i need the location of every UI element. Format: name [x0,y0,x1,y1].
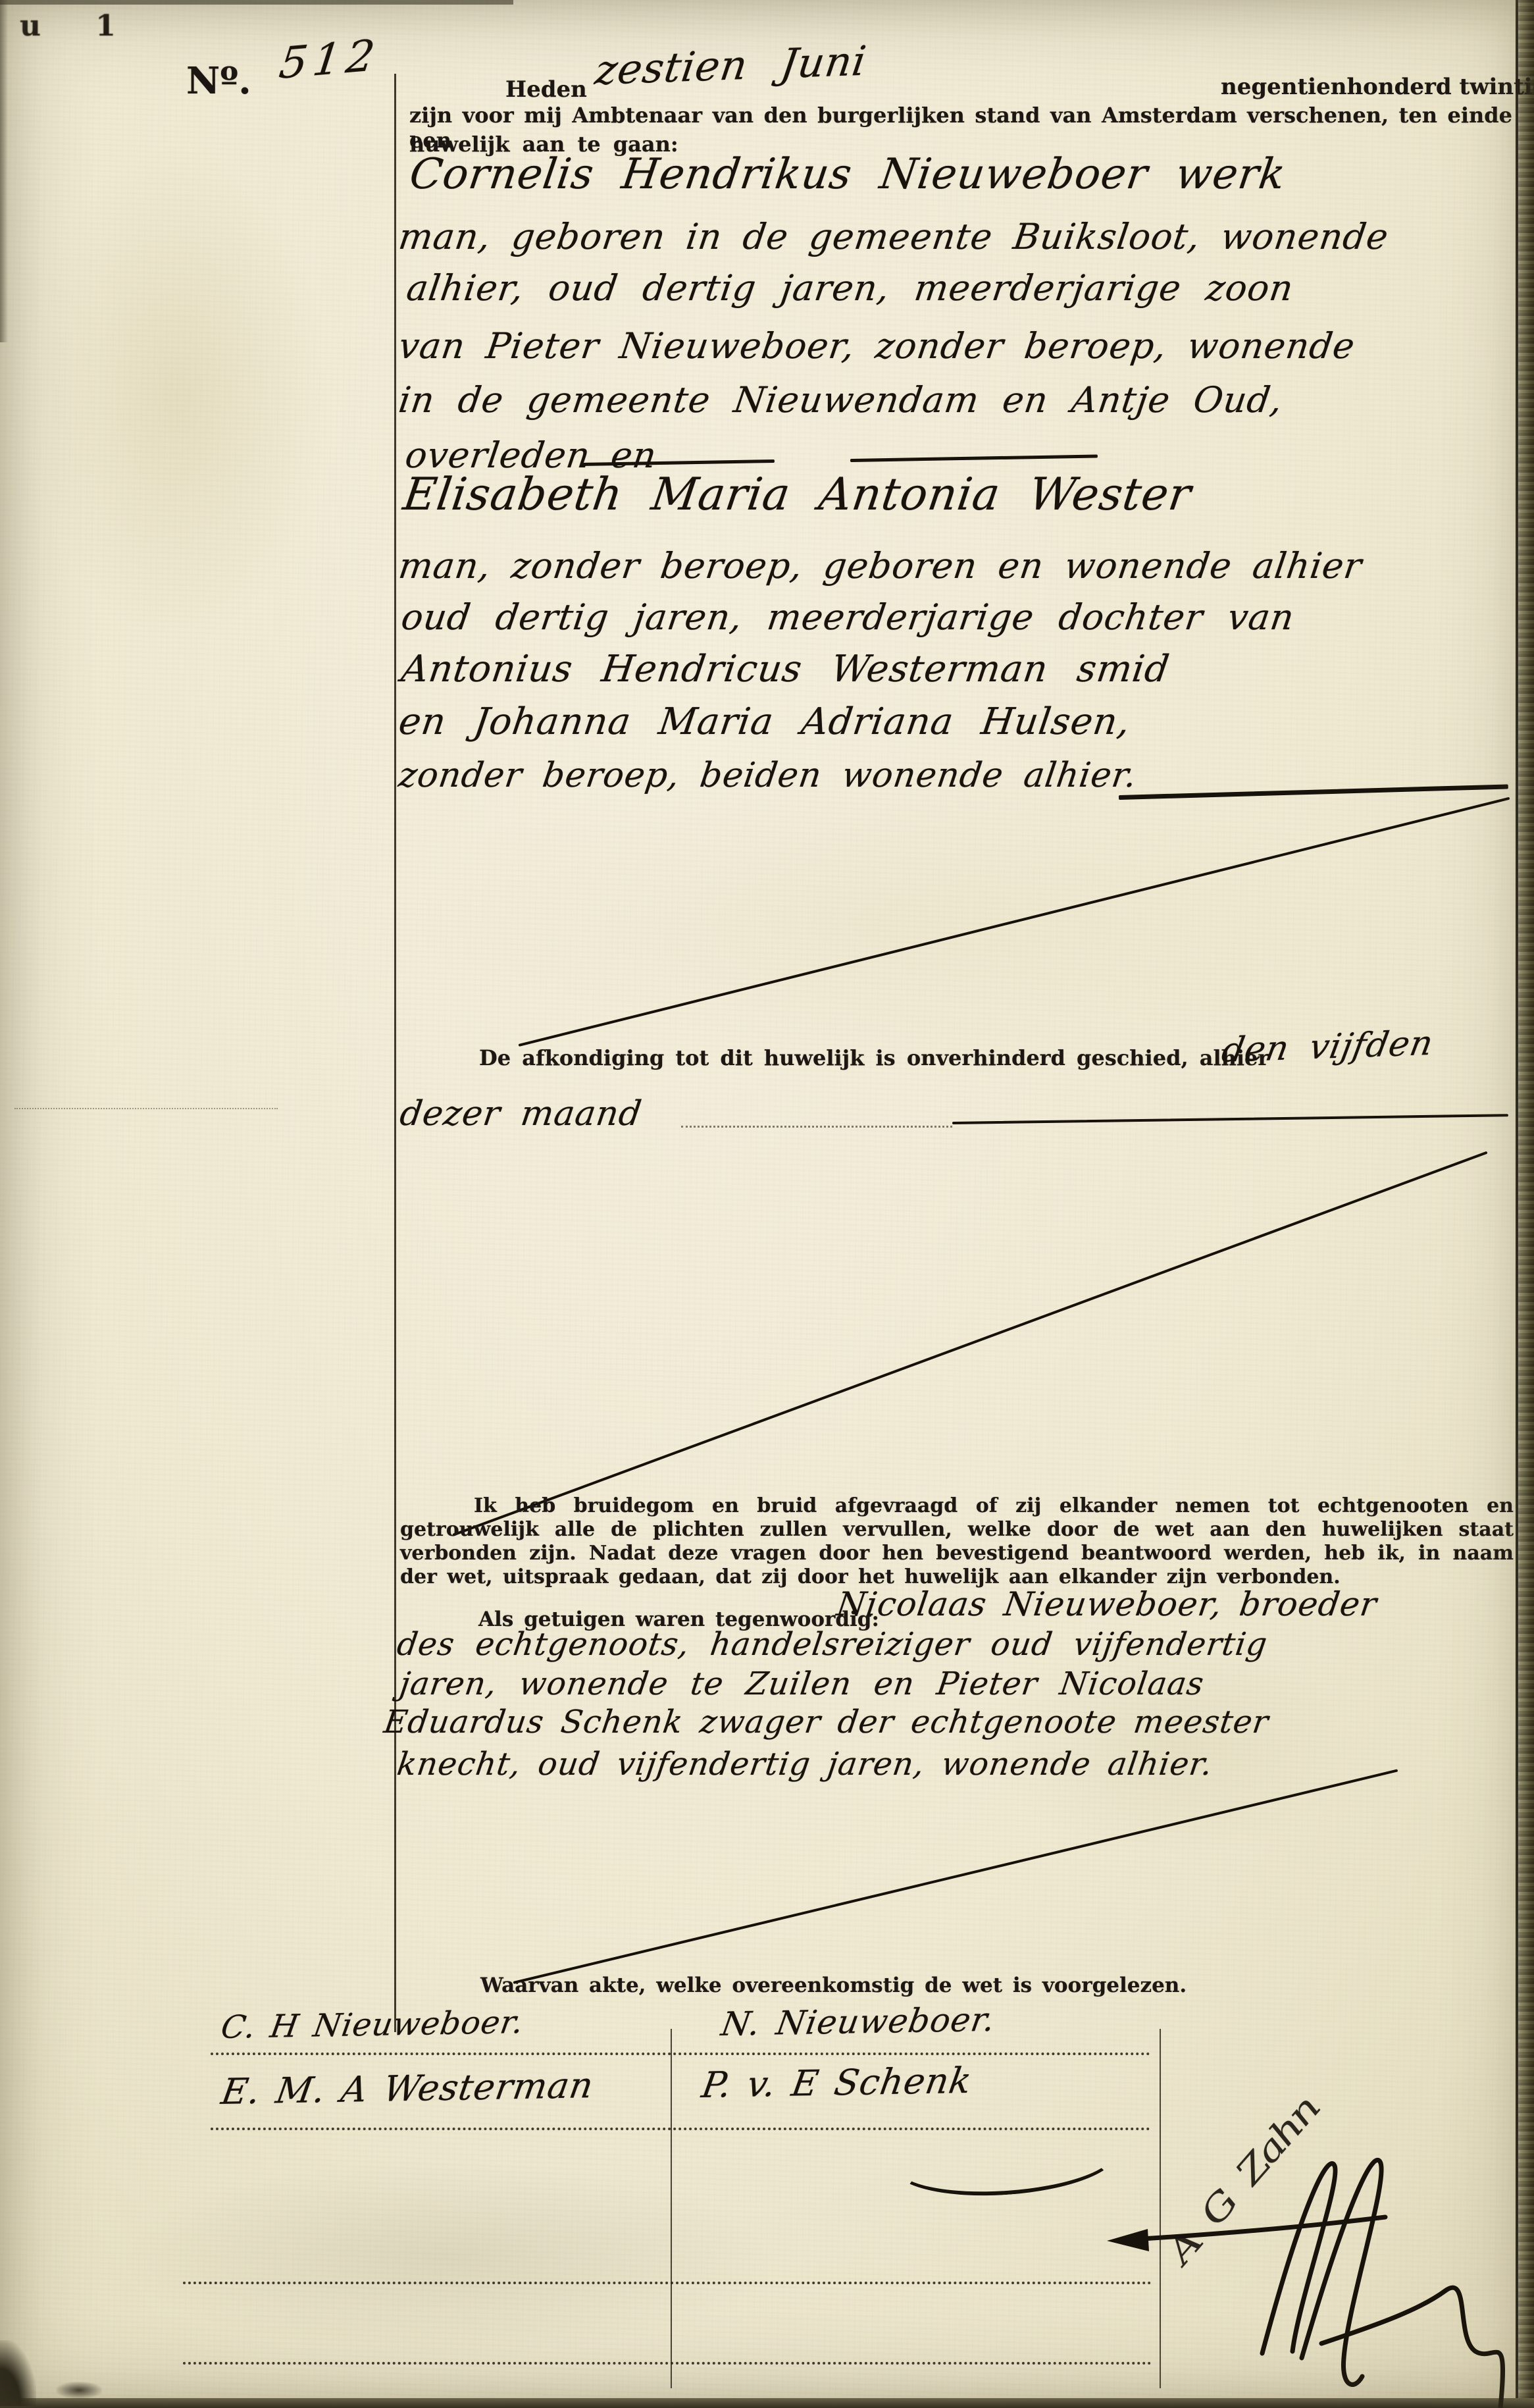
strike-diagonal-1 [519,797,1510,1047]
banns-fill-solid [952,1114,1508,1124]
spine-inner-line [1516,0,1518,2408]
act-line-bride-name: Elisabeth Maria Antonia Wester [400,469,1194,521]
official-signature: A G Zahn [1092,2126,1534,2408]
signature-grid-vline-1 [671,2029,672,2388]
signature-groom: C. H Nieuweboer. [218,2004,526,2046]
act-line-bride-5: en Johanna Maria Adriana Hulsen, [396,700,1133,743]
witness-line-5: knecht, oud vijfendertig jaren, wonende … [395,1746,1215,1783]
fill-line-alhier [1119,784,1508,800]
signature-dotted-row-3 [183,2282,1152,2284]
signature-dotted-row-4 [183,2362,1152,2365]
vows-line-2: getrouwelijk alle de plichten zullen ver… [400,1518,1514,1541]
fill-line-overleden-2 [850,454,1098,462]
banns-fill-dotted [681,1126,952,1128]
bottom-left-smudge [0,2340,36,2406]
margin-dotted-line [14,1108,278,1109]
corner-mark: u 1 [20,9,138,43]
act-line-groom-2: man, geboren in de gemeente Buiksloot, w… [396,216,1391,257]
act-line-bride-4: Antonius Hendricus Westerman smid [399,648,1172,691]
header-year-printed: negentienhonderd twintig [1221,74,1534,100]
vows-line-1: Ik heb bruidegom en bruid afgevraagd of … [400,1494,1514,1517]
header-date-handwritten: zestien Juni [592,37,869,94]
act-line-groom-5: in de gemeente Nieuwendam en Antje Oud, [396,379,1285,421]
act-line-bride-6: zonder beroep, beiden wonende alhier. [396,756,1140,795]
top-edge-shadow [0,0,513,5]
act-line-groom-3: alhier, oud dertig jaren, meerderjarige … [404,267,1296,309]
act-number-value: 512 [276,30,383,89]
official-signature-flourish [1092,2126,1534,2408]
official-signature-arrow [1107,2229,1149,2251]
left-edge-shadow [0,0,8,342]
marriage-certificate-page: u 1 Nº. 512 Heden zestien Juni negentien… [0,0,1534,2408]
signature-bride: E. M. A Westerman [218,2064,597,2112]
vows-line-3: verbonden zijn. Nadat deze vragen door h… [400,1542,1514,1565]
header-heden-label: Heden [505,76,587,103]
banns-month-handwritten: dezer maand [397,1094,644,1134]
act-line-bride-3: oud dertig jaren, meerderjarige dochter … [399,596,1297,638]
closing-printed-line: Waarvan akte, welke overeenkomstig de we… [480,1974,1187,1997]
act-line-groom-name: Cornelis Hendrikus Nieuweboer werk [407,150,1289,199]
signature-witness1: N. Nieuweboer. [719,2001,998,2043]
paper-stain [118,2159,777,2357]
act-line-bride-2: man, zonder beroep, geboren en wonende a… [396,545,1365,587]
witness-line-2: des echtgenoots, handelsreiziger oud vij… [395,1626,1270,1663]
witness-line-1: Nicolaas Nieuweboer, broeder [834,1585,1379,1623]
act-line-groom-4: van Pieter Nieuweboer, zonder beroep, wo… [396,325,1358,367]
book-spine-texture [1518,0,1534,2408]
banns-day-handwritten: den vijfden [1219,1024,1437,1070]
strike-diagonal-2 [452,1151,1487,1536]
act-number-label: Nº. [186,59,251,103]
signature-witness2: P. v. E Schenk [699,2060,975,2106]
witness-line-4: Eduardus Schenk zwager der echtgenoote m… [382,1704,1271,1741]
strike-diagonal-3 [513,1769,1398,1984]
paper-stain [26,145,329,645]
banns-printed-line: De afkondiging tot dit huwelijk is onver… [479,1045,1269,1070]
signature-dotted-row-1 [211,2053,1150,2055]
bottom-left-smudge [56,2382,102,2399]
witness-line-3: jaren, wonende te Zuilen en Pieter Nicol… [397,1665,1206,1702]
